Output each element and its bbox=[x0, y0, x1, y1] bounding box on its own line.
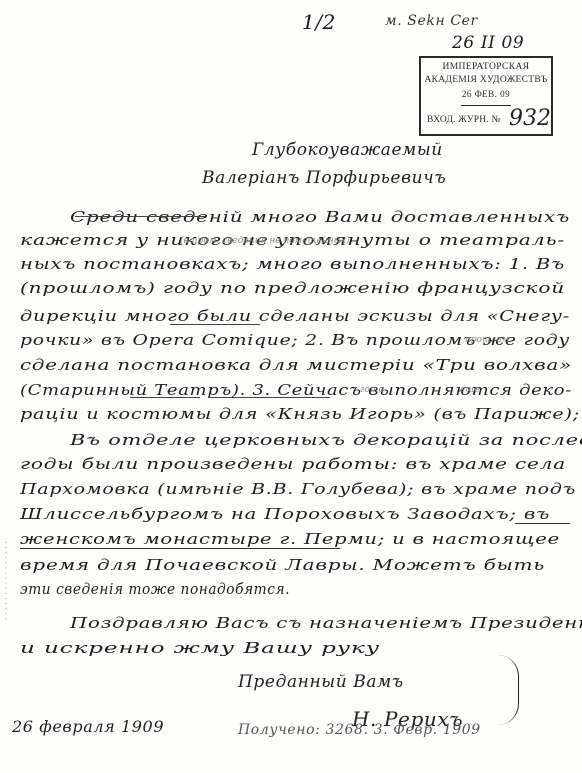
registry-note: м. Sekн Сer bbox=[385, 13, 478, 29]
strikethrough-mark bbox=[170, 324, 260, 325]
underline-mark bbox=[20, 548, 340, 549]
stamp-journal-label: ВХОД. ЖУРН. № bbox=[427, 115, 501, 125]
body-line: Поздравляю Васъ съ назначеніемъ Президен… bbox=[70, 614, 582, 632]
body-line: годы были произведены работы: въ храме с… bbox=[20, 455, 566, 473]
stamp-date: 26 ФЕВ. 09 bbox=[421, 89, 551, 99]
body-line: Пархомовка (имѣніе В.В. Голубева); въ хр… bbox=[20, 480, 576, 498]
academy-registry-stamp: ИМПЕРАТОРСКАЯ АКАДЕМІЯ ХУДОЖЕСТВЪ 26 ФЕВ… bbox=[419, 56, 553, 136]
folio-mark: 1/2 bbox=[302, 10, 336, 34]
salutation-line-2: Валеріанъ Порфирьевичъ bbox=[202, 168, 446, 188]
stamp-divider bbox=[461, 105, 511, 106]
stamp-line-1: ИМПЕРАТОРСКАЯ bbox=[421, 62, 551, 72]
body-line: эти сведенія тоже понадобятся. bbox=[20, 580, 290, 598]
margin-pencil-marks: · · · · · · · · · · · · · · · · bbox=[2, 440, 16, 620]
underline-mark bbox=[515, 523, 570, 524]
letter-page: 1/2 м. Sekн Сer 26 II 09 ИМПЕРАТОРСКАЯ А… bbox=[0, 0, 582, 773]
salutation-line-1: Глубокоуважаемый bbox=[252, 140, 443, 160]
archive-receipt-note: Получено: 3268. 3. Февр. 1909 bbox=[238, 722, 481, 738]
pencil-note-4: еще bbox=[460, 385, 480, 395]
body-line: (прошломъ) году по предложенію французск… bbox=[20, 279, 565, 297]
pencil-note-3: гото bbox=[360, 385, 384, 395]
received-date: 26 II 09 bbox=[452, 33, 524, 53]
body-line: время для Почаевской Лавры. Можетъ быть bbox=[20, 556, 545, 574]
body-line: женскомъ монастыре г. Перми; и в настоящ… bbox=[20, 530, 560, 548]
strikethrough-mark bbox=[210, 397, 330, 398]
pencil-note-2: прошлом bbox=[465, 335, 509, 345]
strikethrough-mark bbox=[75, 216, 205, 217]
stamp-line-2: АКАДЕМІЯ ХУДОЖЕСТВЪ bbox=[421, 75, 551, 85]
body-line: ныхъ постановкахъ; много выполненныхъ: 1… bbox=[20, 255, 565, 273]
signature-flourish bbox=[498, 655, 519, 725]
body-line: Среди сведеній много Вами доставленныхъ bbox=[70, 208, 570, 226]
body-line: Въ отделе церковныхъ декорацій за послед… bbox=[70, 431, 582, 449]
body-line: раціи и костюмы для «Князь Игорь» (въ Па… bbox=[20, 405, 580, 423]
body-line: сделана постановка для мистеріи «Три вол… bbox=[20, 356, 572, 374]
body-line: дирекціи много были сделаны эскизы для «… bbox=[20, 307, 570, 325]
body-line: и искренно жму Вашу руку bbox=[20, 639, 380, 657]
closing: Преданный Вамъ bbox=[238, 672, 404, 692]
stamp-journal-number: 932 bbox=[509, 106, 551, 131]
letter-date: 26 февраля 1909 bbox=[12, 717, 164, 736]
pencil-note-1: (в прим. сведения не помещенных) bbox=[180, 236, 350, 246]
body-line: Шлиссельбургомъ на Пороховыхъ Заводахъ; … bbox=[20, 505, 550, 523]
strikethrough-mark bbox=[130, 397, 200, 398]
